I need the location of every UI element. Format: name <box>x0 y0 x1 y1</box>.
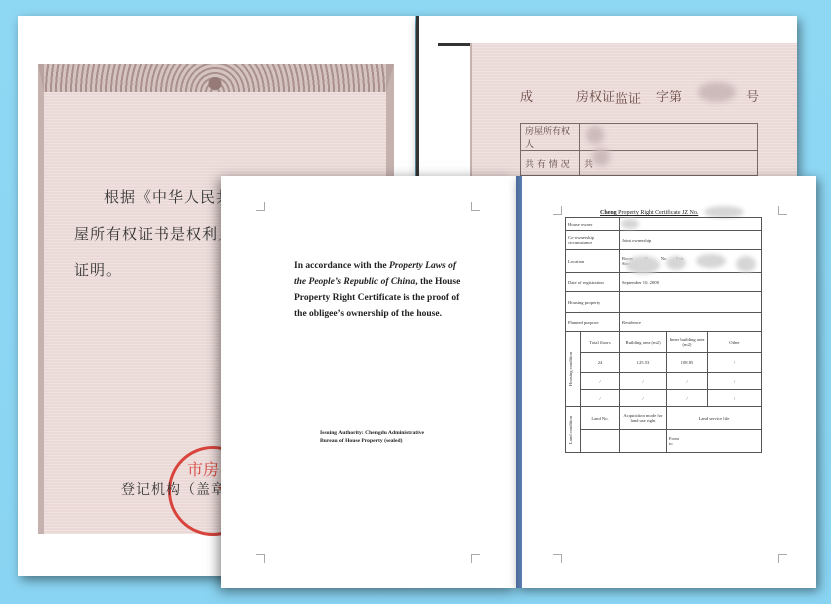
title-text: Property Right Certificate JZ No. <box>617 210 699 216</box>
redacted-co-owner <box>592 148 610 166</box>
translation-body-text: In accordance with the Property Laws of … <box>294 258 464 322</box>
table-row: From to <box>566 430 762 453</box>
col-header: Building area (m2) <box>620 332 667 353</box>
margin-corner-mark <box>553 206 562 215</box>
title-city: Cheng <box>600 210 617 216</box>
location-label: Location <box>566 250 620 273</box>
table-row: Date of registration September 10, 2008 <box>566 273 762 292</box>
margin-corner-mark <box>471 202 480 211</box>
house-owner-label: House owner <box>566 218 620 231</box>
issuer-line-2: Bureau of House Property (sealed) <box>320 437 450 445</box>
row-label: 共 有 情 况 <box>521 151 580 176</box>
col-header: Land service life <box>667 407 762 430</box>
table-row: 房屋所有权人 <box>521 124 758 151</box>
header-city: 成 <box>520 86 533 105</box>
cell: / <box>708 353 762 373</box>
original-certificate-register-page: 成 房权证 监证 字第 号 房屋所有权人 共 有 情 况 共 <box>416 16 797 176</box>
table-row: Planned purpose Residence <box>566 313 762 332</box>
cell: / <box>708 373 762 390</box>
date-value: September 10, 2008 <box>620 273 762 292</box>
co-ownership-label: Co-ownership circumstance <box>566 231 620 250</box>
table-row: Housing property <box>566 292 762 313</box>
land-condition-group: Land condition <box>566 407 581 453</box>
issuer-line-1: Issuing Authority: Chengdu Administrativ… <box>320 429 450 437</box>
body-text-segment: In accordance with the <box>294 261 389 271</box>
cell: / <box>667 373 708 390</box>
header-hao: 号 <box>746 86 759 105</box>
acquisition-mode-value <box>620 430 667 453</box>
col-header: Total floors <box>581 332 620 353</box>
margin-corner-mark <box>256 554 265 563</box>
housing-property-label: Housing property <box>566 292 620 313</box>
table-row: Land condition Land No. Acquisition mode… <box>566 407 762 430</box>
table-row: / / / / <box>566 373 762 390</box>
cover-body-line-3: 证明。 <box>74 259 122 280</box>
cell: 24 <box>581 353 620 373</box>
cell: / <box>620 390 667 407</box>
table-row: / / / / <box>566 390 762 407</box>
col-header: Inner building area (m2) <box>667 332 708 353</box>
table-row: Housing condition Total floors Building … <box>566 332 762 353</box>
translation-cover-page: In accordance with the Property Laws of … <box>221 176 517 588</box>
table-row: Co-ownership circumstance Joint ownershi… <box>566 231 762 250</box>
margin-corner-mark <box>471 554 480 563</box>
service-life-value: From to <box>667 430 762 453</box>
redacted-owner <box>586 126 604 144</box>
house-owner-value <box>620 218 762 231</box>
table-row: 共 有 情 况 共 <box>521 151 758 176</box>
land-condition-label: Land condition <box>568 416 573 444</box>
margin-corner-mark <box>256 202 265 211</box>
margin-corner-mark <box>553 554 562 563</box>
co-ownership-value: Joint ownership <box>620 231 762 250</box>
margin-corner-mark <box>778 554 787 563</box>
property-table: House owner Co-ownership circumstance Jo… <box>565 217 762 453</box>
redacted-address <box>736 256 756 272</box>
col-header: Acquisition mode for land use right <box>620 407 667 430</box>
page-divider <box>416 16 419 176</box>
redacted-owner <box>621 219 639 229</box>
date-label: Date of registration <box>566 273 620 292</box>
header-stamp: 监证 <box>615 88 641 107</box>
register-table: 房屋所有权人 共 有 情 况 共 <box>520 123 758 176</box>
cell: 125.53 <box>620 353 667 373</box>
cell: / <box>581 373 620 390</box>
redacted-address <box>696 254 726 268</box>
header-zi-di: 字第 <box>656 86 682 105</box>
cell: / <box>581 390 620 407</box>
cell: / <box>620 373 667 390</box>
row-label: 房屋所有权人 <box>521 124 580 151</box>
translation-register-page: Cheng Property Right Certificate JZ No. … <box>516 176 816 588</box>
issuing-authority: Issuing Authority: Chengdu Administrativ… <box>320 429 450 445</box>
header-cert-type: 房权证 <box>576 86 615 105</box>
row-value <box>580 124 758 151</box>
housing-property-value <box>620 292 762 313</box>
cell: / <box>708 390 762 407</box>
table-row: Location Room #1 No. East Stree Dis <box>566 250 762 273</box>
housing-condition-group: Housing condition <box>566 332 581 407</box>
housing-condition-label: Housing condition <box>568 352 573 386</box>
redacted-number <box>698 82 736 102</box>
redacted-address <box>626 256 660 274</box>
cell: 108.85 <box>667 353 708 373</box>
land-no-value <box>581 430 620 453</box>
planned-purpose-label: Planned purpose <box>566 313 620 332</box>
col-header: Other <box>708 332 762 353</box>
page-spine <box>516 176 522 588</box>
table-row: House owner <box>566 218 762 231</box>
service-life-to: to <box>669 441 759 446</box>
table-row: 24 125.53 108.85 / <box>566 353 762 373</box>
col-header: Land No. <box>581 407 620 430</box>
redacted-address <box>666 256 686 270</box>
planned-purpose-value: Residence <box>620 313 762 332</box>
cell: / <box>667 390 708 407</box>
